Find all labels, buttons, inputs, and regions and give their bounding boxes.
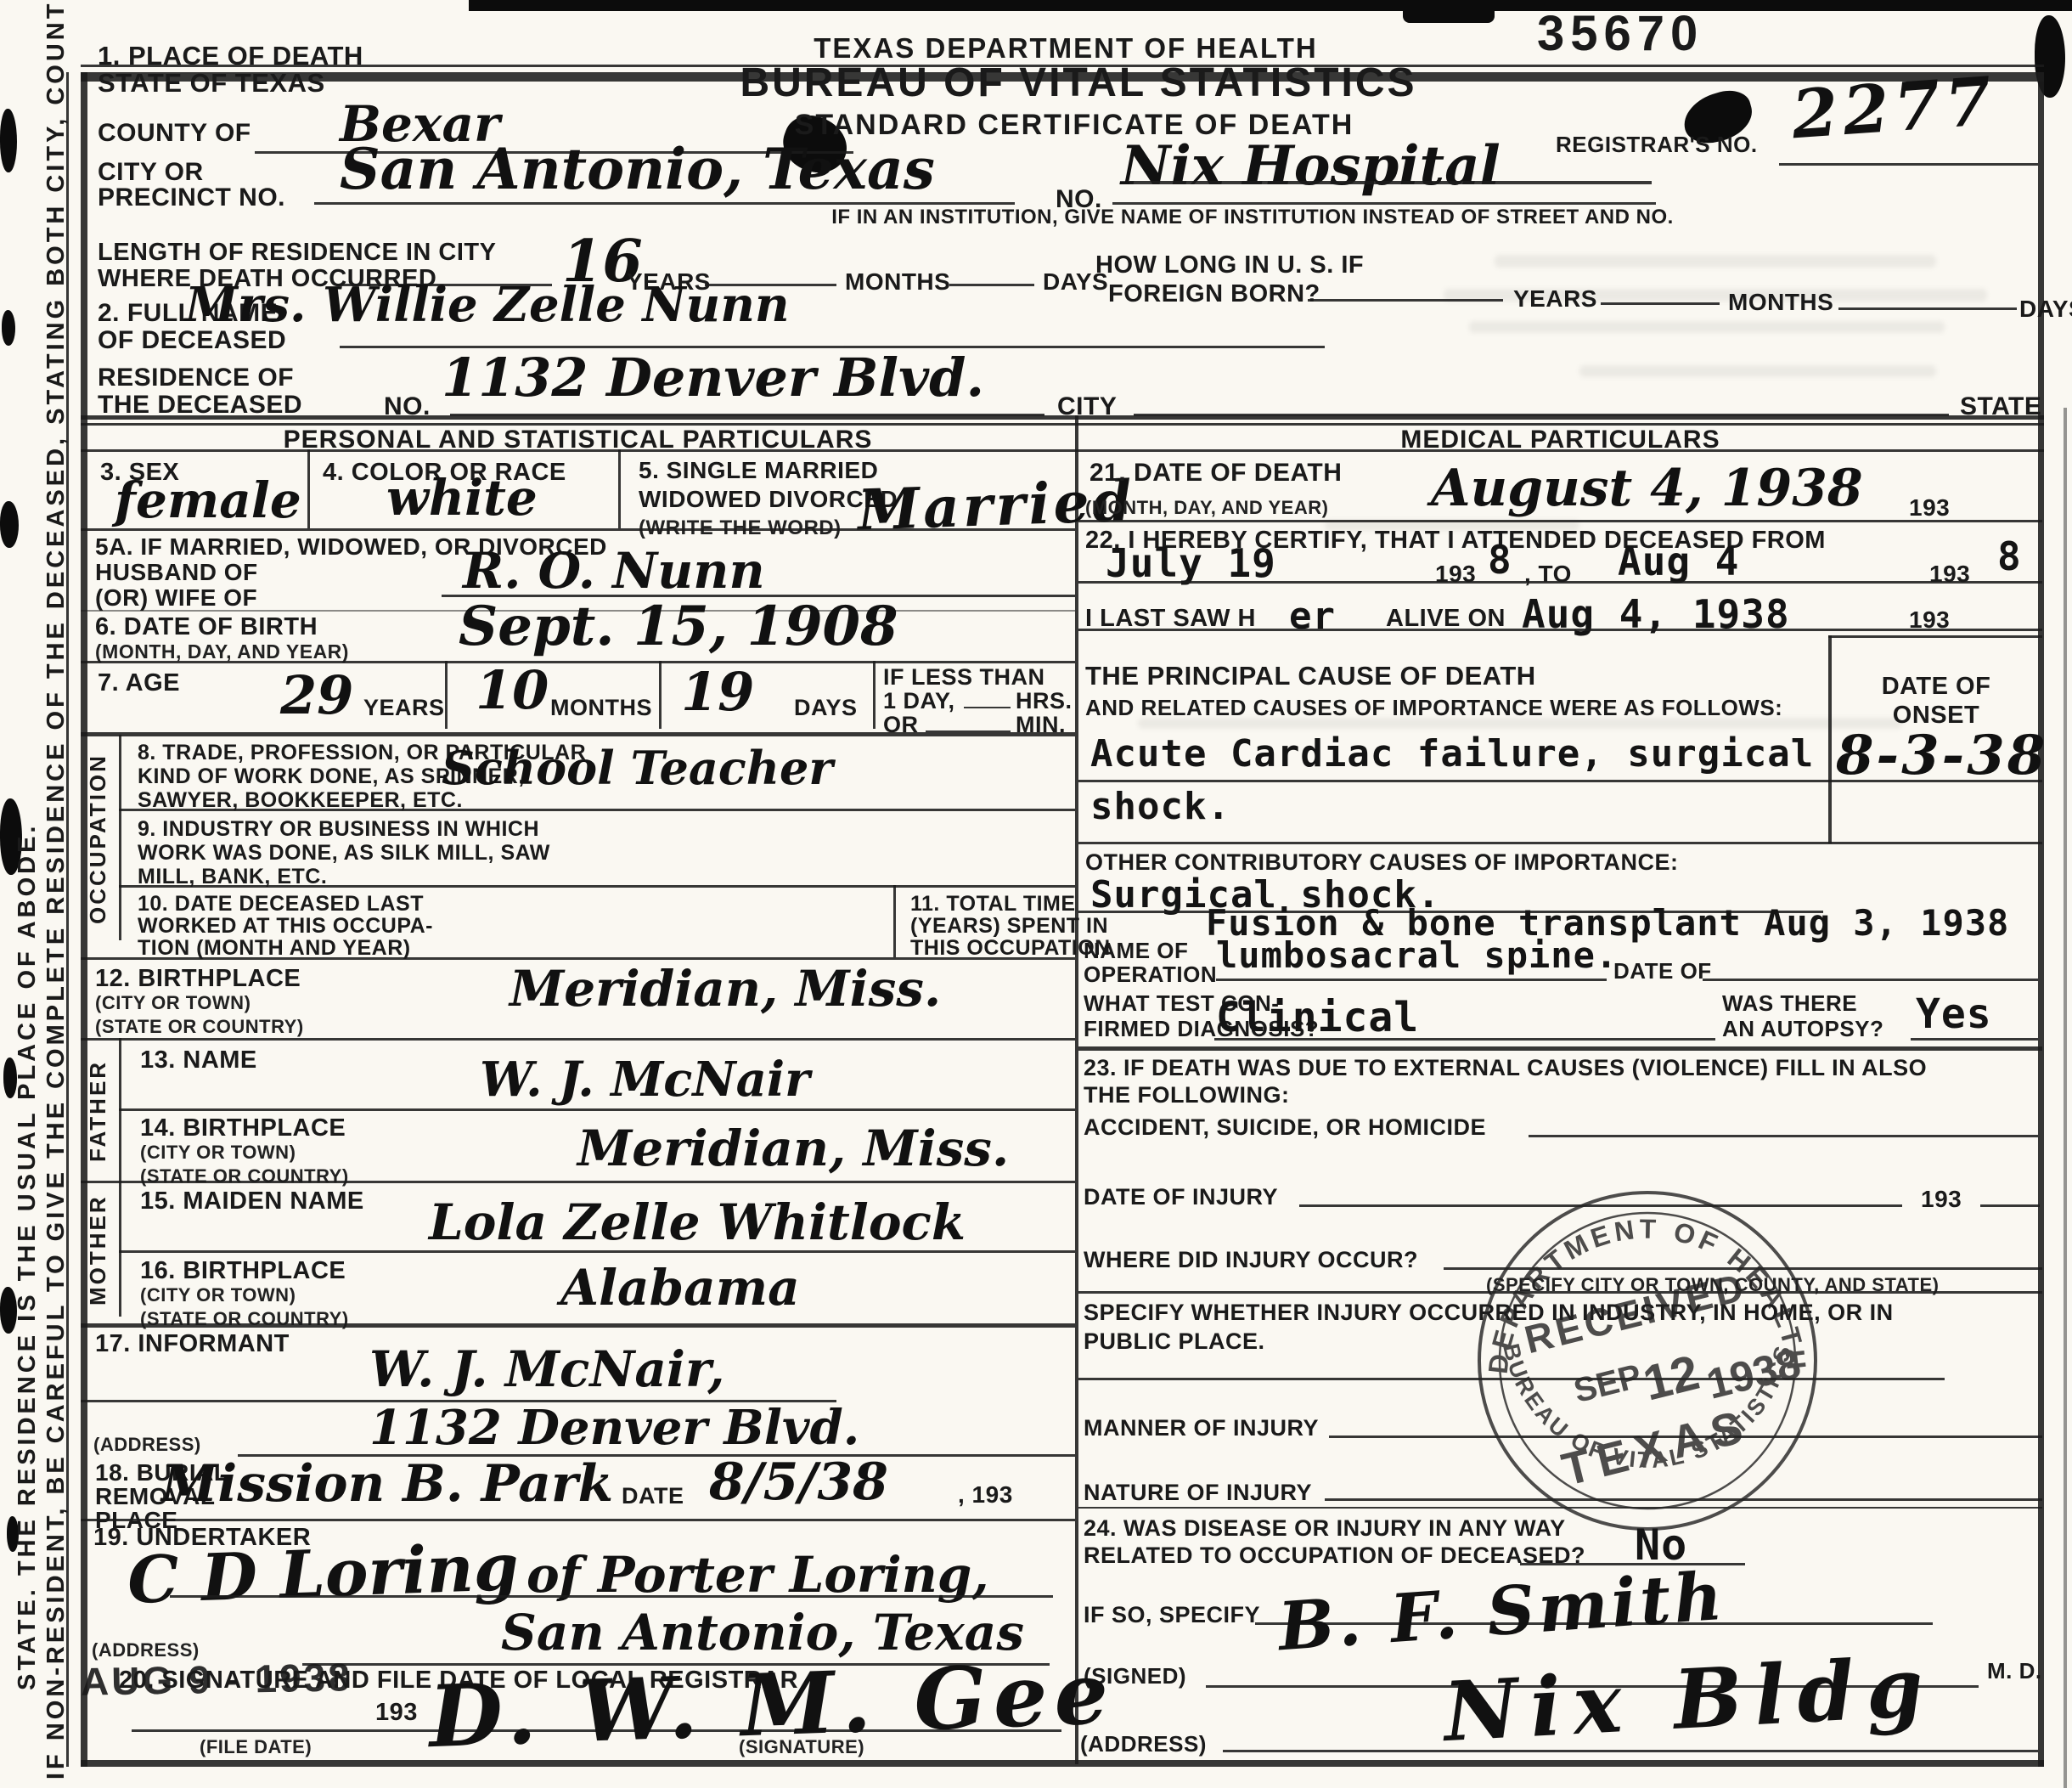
spouse-label-3: (OR) WIFE OF [95, 584, 257, 612]
registrar-line [1779, 163, 2038, 166]
onset-label-1: DATE OF [1830, 673, 2042, 701]
trade-value: School Teacher [442, 741, 833, 795]
box-border-left-outer [66, 72, 69, 1767]
lastwork-label-2: WORKED AT THIS OCCUPA- [138, 914, 433, 939]
autopsy-label-1: WAS THERE [1722, 990, 1857, 1017]
specify-label-2: PUBLIC PLACE. [1084, 1328, 1265, 1355]
dob-sub: (MONTH, DAY, AND YEAR) [95, 640, 349, 663]
contrib-label: OTHER CONTRIBUTORY CAUSES OF IMPORTANCE: [1085, 849, 1679, 876]
us-years-label: YEARS [1513, 285, 1597, 313]
occ-rel-label-2: RELATED TO OCCUPATION OF DECEASED? [1084, 1543, 1585, 1569]
bureau-title: BUREAU OF VITAL STATISTICS [718, 59, 1439, 106]
dod-value: August 4, 1938 [1431, 459, 1863, 518]
autopsy-value: Yes [1916, 990, 1992, 1038]
dod-193: 193 [1909, 494, 1950, 522]
industry-label-1: 9. INDUSTRY OR BUSINESS IN WHICH [138, 817, 539, 842]
stamp-day: 12 [1638, 1345, 1704, 1412]
file-date-stamp: AUG 9 - 1938 [81, 1654, 353, 1705]
certify-to-value: Aug 4 [1618, 539, 1739, 584]
city-value: San Antonio, Texas [340, 136, 935, 202]
us-months-label: MONTHS [1728, 289, 1833, 316]
industry-label-2: WORK WAS DONE, AS SILK MILL, SAW [138, 841, 550, 866]
residence-value: 1132 Denver Blvd. [442, 347, 984, 409]
marital-label-1: 5. SINGLE MARRIED [639, 457, 878, 484]
informant-label: 17. INFORMANT [95, 1330, 290, 1358]
birthplace-label: 12. BIRTHPLACE [95, 965, 301, 993]
place-of-death-label: 1. PLACE OF DEATH [98, 41, 363, 71]
manner-label: MANNER OF INJURY [1084, 1415, 1319, 1441]
test-value: Clinical [1216, 994, 1419, 1041]
personal-section-title: PERSONAL AND STATISTICAL PARTICULARS [81, 426, 1075, 454]
received-stamp: DEPARTMENT OF HEALTH BUREAU OF VITAL STA… [1469, 1182, 1826, 1539]
informant-address-label: (ADDRESS) [93, 1434, 201, 1456]
age-months-label: MONTHS [550, 695, 652, 721]
county-label: COUNTY OF [98, 119, 251, 148]
lastwork-label-1: 10. DATE DECEASED LAST [138, 892, 424, 917]
certify-to-label: , TO [1524, 561, 1572, 588]
father-name-value: W. J. McNair [480, 1052, 810, 1108]
operation-value-2: lumbosacral spine. [1216, 934, 1618, 976]
operation-label-2: OPERATION [1084, 962, 1217, 988]
institution-note: IF IN AN INSTITUTION, GIVE NAME OF INSTI… [764, 206, 1741, 229]
stamp-state: TEXAS [1557, 1400, 1755, 1496]
cause-label-2: AND RELATED CAUSES OF IMPORTANCE WERE AS… [1085, 695, 1782, 721]
file-date-label: (FILE DATE) [200, 1736, 312, 1758]
operation-date-label: DATE OF [1613, 958, 1712, 984]
informant-value: W. J. McNair, [369, 1340, 725, 1398]
sex-value: female [115, 471, 301, 529]
birthplace-value: Meridian, Miss. [510, 960, 941, 1018]
father-bp-sub1: (CITY OR TOWN) [140, 1142, 296, 1164]
margin-note-line2: STATE. THE RESIDENCE IS THE USUAL PLACE … [14, 823, 42, 1691]
dob-label: 6. DATE OF BIRTH [95, 613, 318, 641]
box-border-right [2038, 72, 2044, 1767]
city-label-1: CITY OR [98, 158, 204, 187]
bleedthrough [1579, 365, 1936, 377]
doi-label: DATE OF INJURY [1084, 1184, 1278, 1210]
external-label-2: THE FOLLOWING: [1084, 1082, 1289, 1108]
stamp-month: SEP [1570, 1357, 1645, 1410]
dod-label: 21. DATE OF DEATH [1089, 459, 1342, 488]
age-less-label-2: 1 DAY, [883, 688, 955, 714]
certify-year-b: 8 [1997, 533, 2022, 579]
certify-193b: 193 [1929, 561, 1970, 588]
father-bp-sub2: (STATE OR COUNTRY) [140, 1165, 349, 1187]
dob-value: Sept. 15, 1908 [459, 595, 898, 658]
spouse-value: R. O. Nunn [463, 542, 765, 600]
cause-value-1: Acute Cardiac failure, surgical [1090, 732, 1814, 776]
father-bp-value: Meridian, Miss. [577, 1120, 1009, 1177]
physician-signature: B. F. Smith [1275, 1558, 1727, 1667]
md-label: M. D. [1987, 1658, 2042, 1684]
father-side-label: FATHER [85, 1041, 111, 1181]
section-rule [81, 415, 2044, 420]
informant-address-value: 1132 Denver Blvd. [369, 1400, 859, 1456]
institution-strike [1129, 181, 1652, 184]
accident-label: ACCIDENT, SUICIDE, OR HOMICIDE [1084, 1114, 1486, 1141]
certificate-number-stamp: 35670 [1537, 5, 1703, 62]
city-line [314, 202, 1015, 205]
certify-from-value: July 19 [1106, 540, 1276, 586]
death-certificate-scan: IF NON-RESIDENT, BE CAREFUL TO GIVE THE … [0, 0, 2072, 1788]
age-months-value: 10 [476, 659, 549, 721]
registrar-193: 193 [375, 1699, 418, 1727]
mother-name-label: 15. MAIDEN NAME [140, 1187, 364, 1216]
occupation-side-label: OCCUPATION [85, 739, 111, 939]
scan-artifact [1403, 0, 1495, 23]
us-days-label: DAYS [2019, 296, 2072, 323]
ifso-label: IF SO, SPECIFY [1084, 1602, 1260, 1628]
onset-box-divider [1828, 635, 1832, 843]
age-less-label-1: IF LESS THAN [883, 664, 1045, 691]
mother-side-label: MOTHER [85, 1183, 111, 1317]
residence-length-label-1: LENGTH OF RESIDENCE IN CITY [98, 239, 496, 267]
external-label-1: 23. IF DEATH WAS DUE TO EXTERNAL CAUSES … [1084, 1055, 1927, 1081]
where-label: WHERE DID INJURY OCCUR? [1084, 1247, 1418, 1273]
cause-value-2: shock. [1090, 785, 1230, 828]
father-name-label: 13. NAME [140, 1046, 257, 1074]
bleedthrough [1495, 255, 1936, 268]
scan-artifact [0, 501, 19, 548]
physician-address: Nix Bldg [1441, 1639, 1937, 1760]
age-days-label: DAYS [794, 695, 858, 721]
registrar-no-label: REGISTRAR'S NO. [1556, 132, 1758, 158]
mother-bp-label: 16. BIRTHPLACE [140, 1257, 346, 1285]
scan-artifact [2, 310, 15, 346]
onset-value: 8-3-38 [1836, 724, 2047, 787]
state-of-texas-label: STATE OF TEXAS [98, 68, 325, 99]
mother-bp-sub1: (CITY OR TOWN) [140, 1284, 296, 1306]
certify-193a: 193 [1435, 561, 1476, 588]
age-days-value: 19 [681, 661, 754, 723]
scan-artifact [469, 0, 2072, 11]
medical-section-title: MEDICAL PARTICULARS [1078, 426, 2042, 454]
residence-label-1: RESIDENCE OF [98, 364, 294, 392]
burial-193: , 193 [958, 1481, 1013, 1509]
registrar-no-value: 2277 [1789, 63, 1999, 155]
spouse-label-2: HUSBAND OF [95, 559, 258, 586]
column-divider [1075, 415, 1078, 1764]
lastsaw-er: er [1289, 595, 1336, 638]
autopsy-label-2: AN AUTOPSY? [1722, 1016, 1883, 1042]
doi-193: 193 [1921, 1186, 1962, 1213]
undertaker-value-1: C D Loring [127, 1529, 521, 1618]
us-length-label-2: FOREIGN BORN? [1108, 280, 1320, 308]
nature-label: NATURE OF INJURY [1084, 1480, 1312, 1506]
institution-line [1112, 202, 1656, 205]
fullname-value: Mrs. Willie Zelle Nunn [185, 277, 790, 333]
burial-date-value: 8/5/38 [709, 1452, 888, 1512]
cause-label-1: THE PRINCIPAL CAUSE OF DEATH [1085, 661, 1536, 691]
father-bp-label: 14. BIRTHPLACE [140, 1114, 346, 1142]
dod-sub: (MONTH, DAY, AND YEAR) [1085, 497, 1328, 519]
mother-name-value: Lola Zelle Whitlock [429, 1193, 966, 1251]
mother-bp-value: Alabama [560, 1259, 800, 1317]
scan-artifact [0, 109, 17, 172]
age-years-value: 29 [280, 664, 353, 726]
totaltime-label-1: 11. TOTAL TIME [910, 892, 1076, 917]
burial-date-label: DATE [622, 1483, 684, 1509]
institution-value: Nix Hospital [1121, 134, 1501, 198]
totaltime-label-2: (YEARS) SPENT IN [910, 914, 1108, 939]
months-label: MONTHS [845, 268, 950, 296]
burial-place-value: Mission B. Park [161, 1454, 613, 1514]
birthplace-sub1: (CITY OR TOWN) [95, 992, 251, 1014]
certify-year-a: 8 [1488, 537, 1512, 583]
birthplace-sub2: (STATE OR COUNTRY) [95, 1016, 304, 1038]
box-border-bottom [81, 1760, 2044, 1767]
operation-label-1: NAME OF [1084, 938, 1188, 964]
city-label-2: PRECINCT NO. [98, 183, 285, 212]
race-value: white [386, 469, 538, 527]
age-hrs-label: HRS. [1016, 688, 1073, 714]
age-label: 7. AGE [98, 669, 180, 697]
scan-right-edge [2064, 408, 2067, 1788]
us-length-label-1: HOW LONG IN U. S. IF [1095, 251, 1364, 279]
bleedthrough [1469, 321, 1945, 333]
age-years-label: YEARS [363, 695, 445, 721]
